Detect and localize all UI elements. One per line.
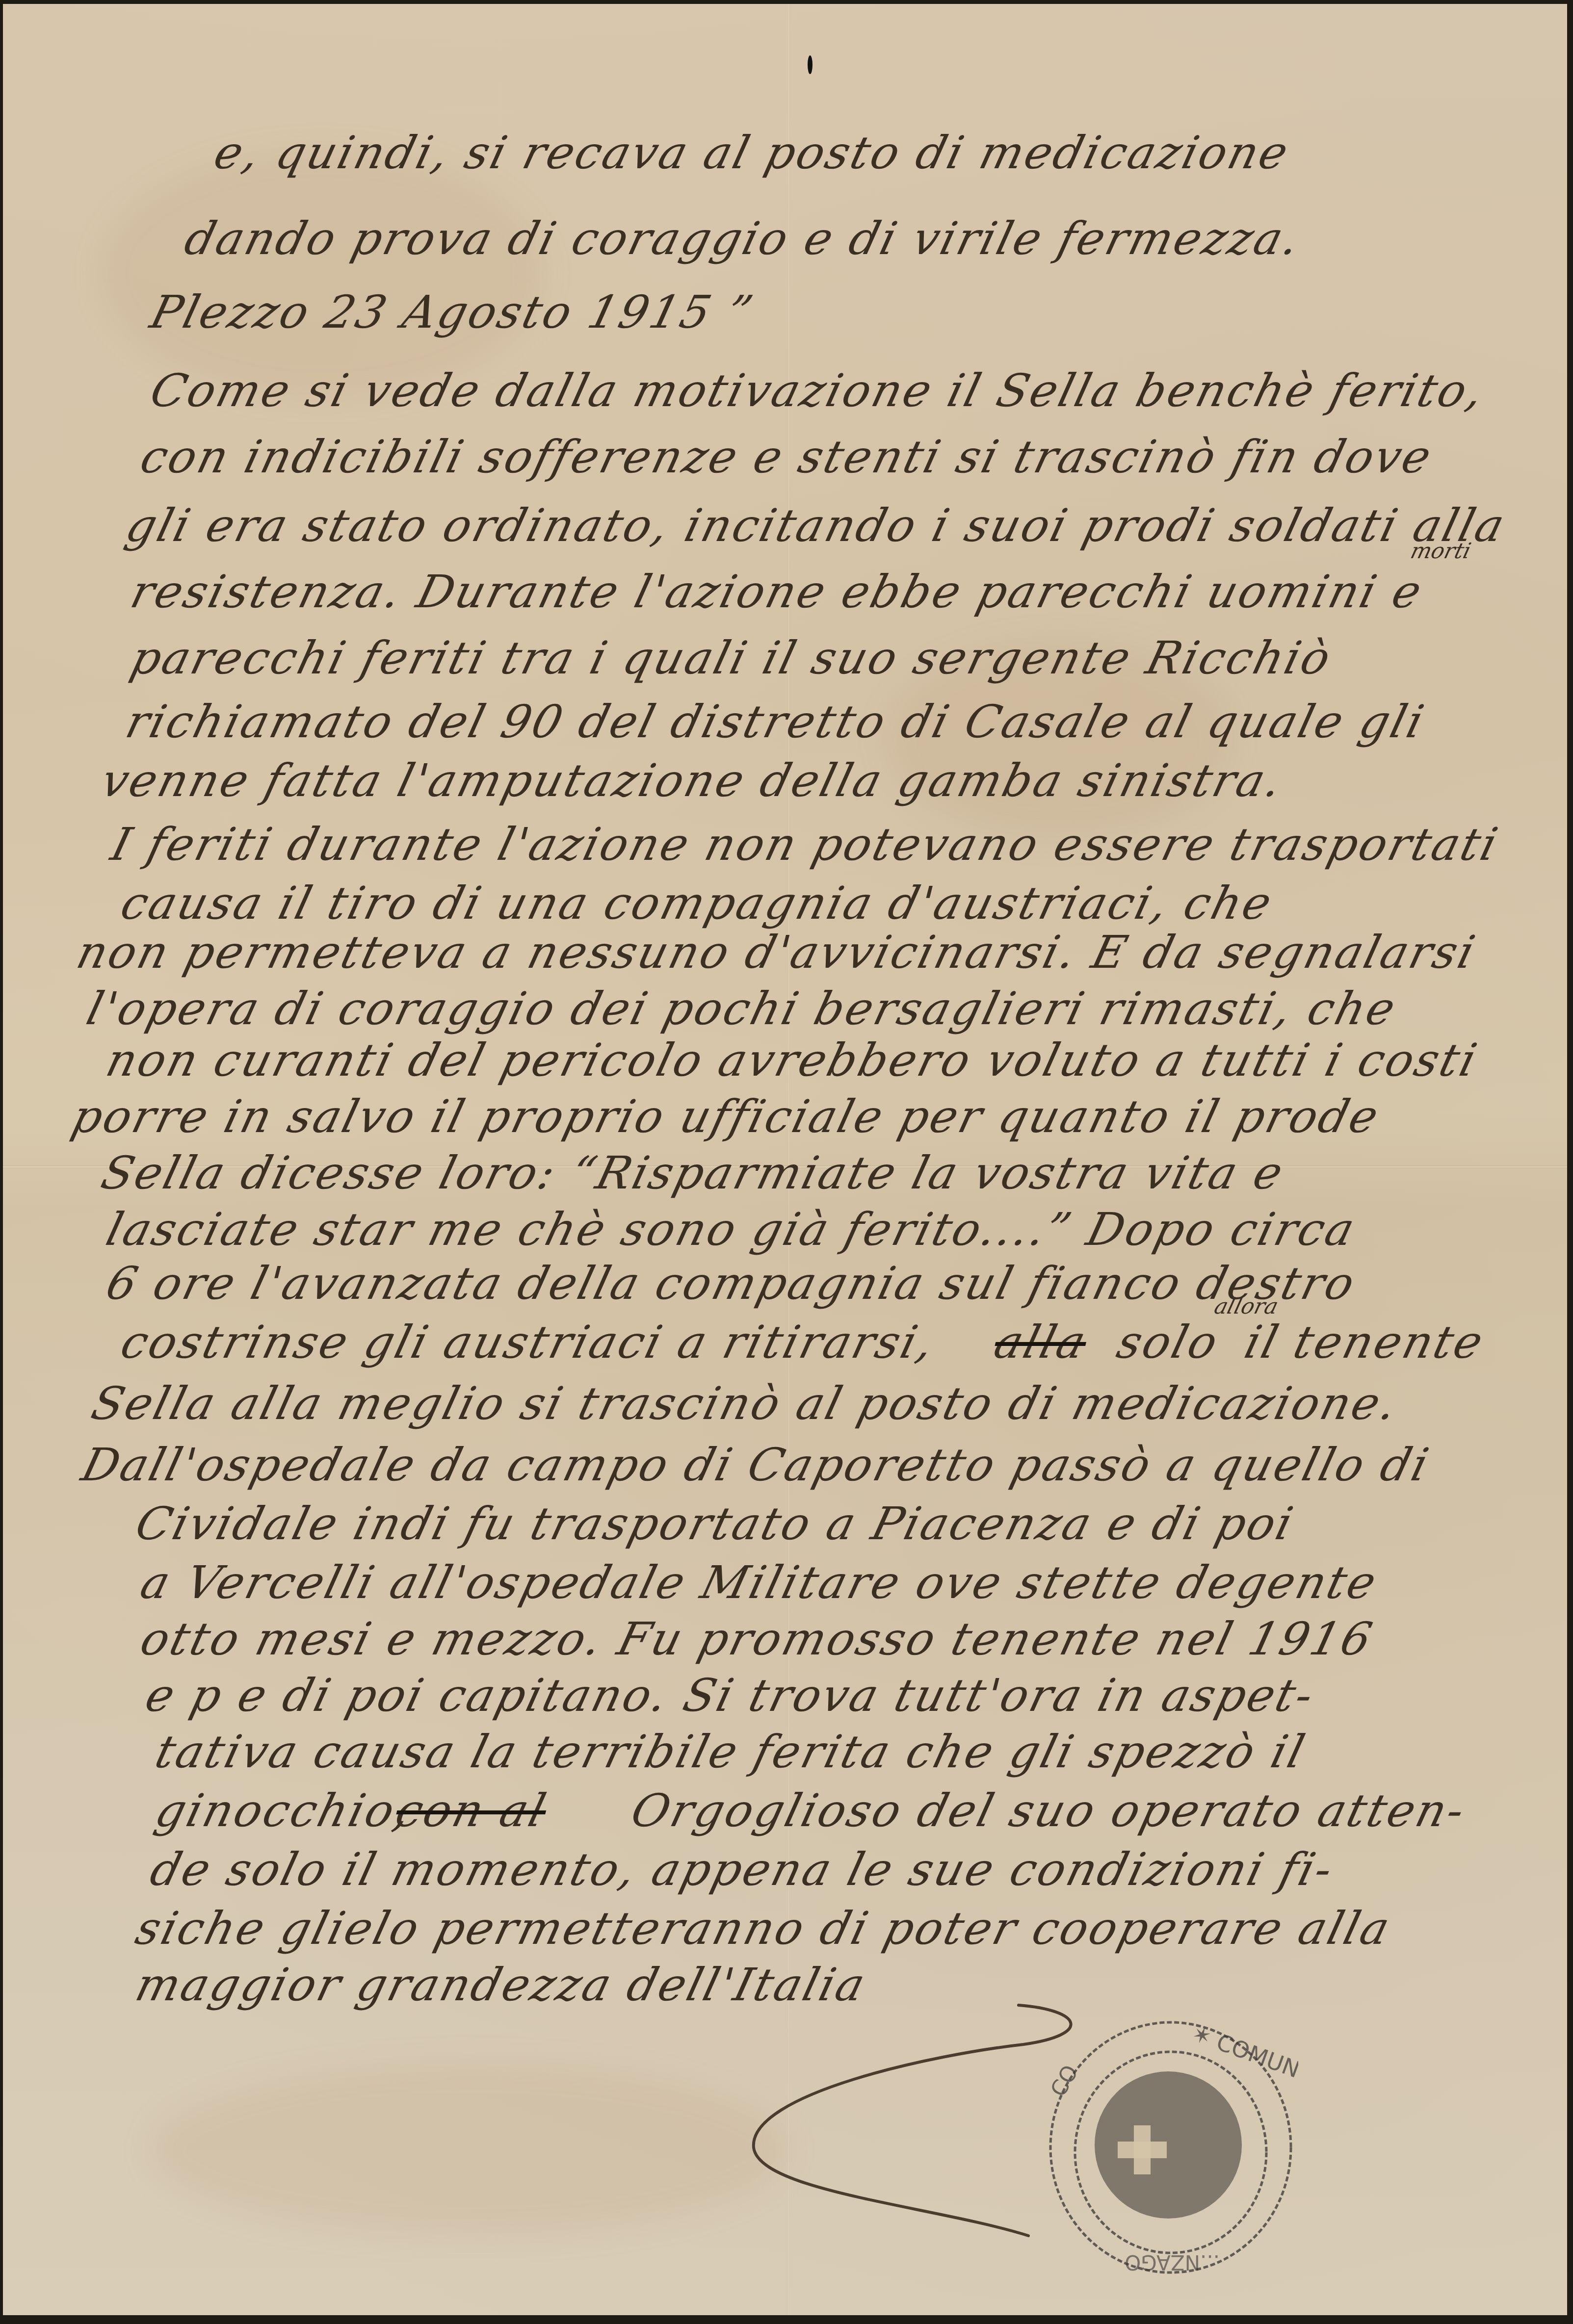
stamp-top-text: ✶ COMUNE bbox=[1188, 2020, 1298, 2088]
stamp-bottom-text: ...NZAGO bbox=[1125, 2250, 1220, 2274]
stamp-crest bbox=[1095, 2071, 1242, 2219]
municipal-stamp: ✶ COMUNE CO ...NZAGO bbox=[1043, 2015, 1298, 2280]
document-sheet: e, quindi, si recava al posto di medicaz… bbox=[3, 4, 1567, 2315]
signature-flourish bbox=[3, 4, 1567, 2315]
